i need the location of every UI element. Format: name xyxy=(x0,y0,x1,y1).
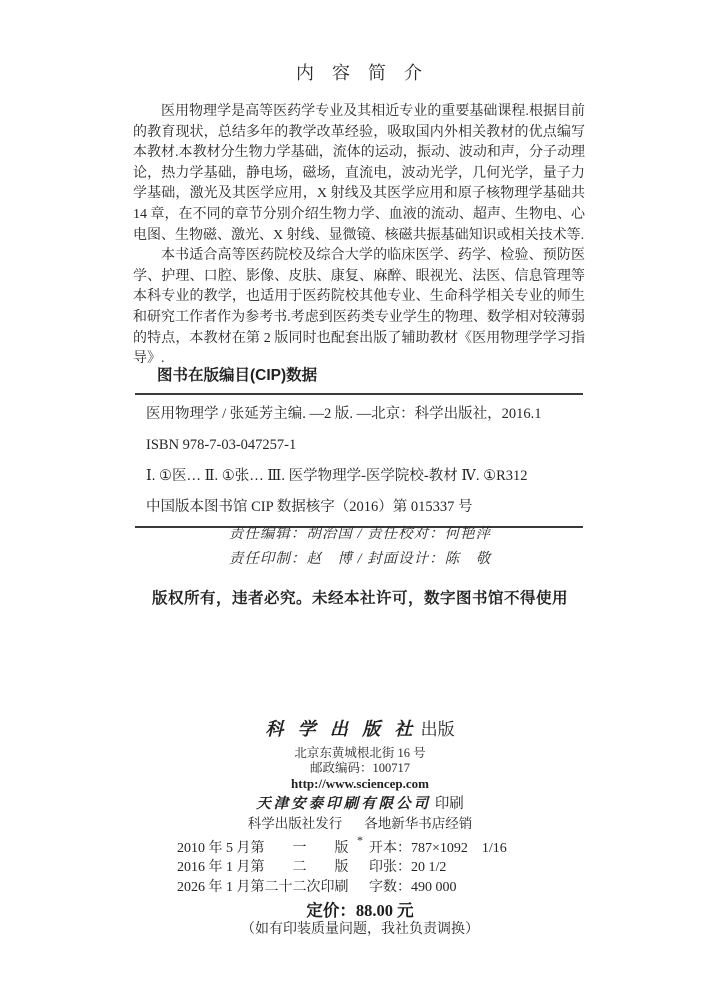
colophon-row-first-edition: 2010 年 5 月第 一 版 开本：787×1092 1/16 xyxy=(177,839,507,858)
colophon-row-second-edition: 2016 年 1 月第 二 版 印张：20 1/2 xyxy=(177,858,507,877)
distribution-line: 科学出版社发行各地新华书店经销 xyxy=(0,815,720,832)
intro-title: 内 容 简 介 xyxy=(133,62,585,84)
copyright-notice: 版权所有，违者必究。未经本社许可，数字图书馆不得使用 xyxy=(0,586,720,608)
publisher-address: 北京东黄城根北街 16 号 xyxy=(0,746,720,761)
intro-section: 内 容 简 介 医用物理学是高等医药学专业及其相近专业的重要基础课程.根据目前的… xyxy=(133,62,585,370)
intro-paragraph-1: 医用物理学是高等医药学专业及其相近专业的重要基础课程.根据目前的教育现状，总结多… xyxy=(133,102,585,246)
publisher-section: 科 学 出 版 社 出版 北京东黄城根北街 16 号 邮政编码：100717 h… xyxy=(0,719,720,846)
printer-name-script: 天津安泰印刷有限公司 xyxy=(256,795,431,812)
publisher-website: http://www.sciencep.com xyxy=(0,776,720,793)
printing-info: 2026 年 1 月第二十二次印刷 xyxy=(177,878,369,897)
intro-paragraph-2: 本书适合高等医药院校及综合大学的临床医学、药学、检验、预防医学、护理、口腔、影像… xyxy=(133,246,585,370)
cip-section: 图书在版编目(CIP)数据 医用物理学 / 张延芳主编. —2 版. —北京：科… xyxy=(135,366,583,528)
publisher-postal-code: 邮政编码：100717 xyxy=(0,761,720,776)
cip-record-line: 中国版本图书馆 CIP 数据核字（2016）第 015337 号 xyxy=(146,498,583,516)
edition-info: 2010 年 5 月第 一 版 xyxy=(177,839,369,858)
edition-info: 2016 年 1 月第 二 版 xyxy=(177,858,369,877)
cip-rule-top xyxy=(135,393,583,395)
publisher-name-suffix: 出版 xyxy=(416,720,454,739)
printer-suffix: 印刷 xyxy=(431,796,464,812)
credits-line-printing: 责任印制：赵 博 / 封面设计：陈 敬 xyxy=(0,547,720,572)
publisher-name-line: 科 学 出 版 社 出版 xyxy=(0,719,720,741)
credits-section: 责任编辑：胡治国 / 责任校对：何艳萍 责任印制：赵 博 / 封面设计：陈 敬 xyxy=(0,522,720,572)
seller-label: 各地新华书店经销 xyxy=(364,816,472,831)
book-copyright-page: 内 容 简 介 医用物理学是高等医药学专业及其相近专业的重要基础课程.根据目前的… xyxy=(0,0,720,1000)
cip-header: 图书在版编目(CIP)数据 xyxy=(135,366,583,385)
cip-classification-line: Ⅰ. ①医… Ⅱ. ①张… Ⅲ. 医学物理学-医学院校-教材 Ⅳ. ①R312 xyxy=(146,467,583,485)
quality-note: （如有印装质量问题，我社负责调换） xyxy=(0,918,720,938)
distributor-label: 科学出版社发行 xyxy=(248,816,343,831)
colophon-table: 2010 年 5 月第 一 版 开本：787×1092 1/16 2016 年 … xyxy=(177,839,507,897)
cip-title-line: 医用物理学 / 张延芳主编. —2 版. —北京：科学出版社，2016.1 xyxy=(146,405,583,423)
credits-line-editor: 责任编辑：胡治国 / 责任校对：何艳萍 xyxy=(0,522,720,547)
cip-body: 医用物理学 / 张延芳主编. —2 版. —北京：科学出版社，2016.1 IS… xyxy=(135,405,583,516)
printer-line: 天津安泰印刷有限公司 印刷 xyxy=(0,794,720,814)
wordcount-info: 字数：490 000 xyxy=(369,878,457,897)
publisher-name-script: 科 学 出 版 社 xyxy=(265,719,416,740)
format-info: 开本：787×1092 1/16 xyxy=(369,839,507,858)
sheets-info: 印张：20 1/2 xyxy=(369,858,446,877)
colophon-row-printing: 2026 年 1 月第二十二次印刷 字数：490 000 xyxy=(177,878,507,897)
cip-isbn-line: ISBN 978-7-03-047257-1 xyxy=(146,436,583,454)
